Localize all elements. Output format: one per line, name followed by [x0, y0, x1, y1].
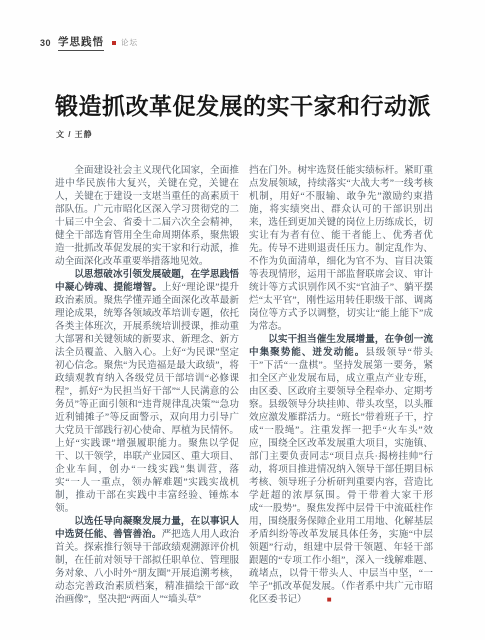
- paragraph-text: 挡在门外。树牢选贤任能实绩标杆。紧盯重点发展领域，持续落实“大战大考”一线考核机…: [249, 165, 433, 332]
- article-body: 全面建设社会主义现代化国家，全面推进中华民族伟大复兴，关键在党，关键在人，关键在…: [55, 164, 433, 606]
- article-byline: 文 / 王静: [56, 129, 93, 140]
- paragraph: 以思想破冰引领发展破题，在学思践悟中凝心铸魂、提能增智。上好“理论课”提升政治素…: [55, 268, 239, 515]
- subsection-title: 论坛: [121, 37, 138, 48]
- left-column: 全面建设社会主义现代化国家，全面推进中华民族伟大复兴，关键在党，关键在人，关键在…: [55, 164, 239, 606]
- magazine-page: 30 学思践悟 论坛 锻造抓改革促发展的实干家和行动派 文 / 王静 全面建设社…: [0, 0, 485, 640]
- running-head: 30 学思践悟 论坛: [40, 34, 138, 51]
- paragraph: 以实干担当催生发展增量，在争创一流中集聚势能、迸发动能。县级领导“带头干”下活“…: [249, 333, 433, 606]
- paragraph-text: 严把选人用人政治首关。探索推行领导干部政绩观溯源评价机制，在任前对领导干部拟任职…: [55, 529, 239, 605]
- paragraph-text: 县级领导“带头干”下活“一盘棋”。坚持发展第一要务，紧扣全区产业发展布局，成立重…: [249, 347, 433, 605]
- paragraph: 以选任导向凝聚发展力量，在以事识人中选贤任能、善管善治。严把选人用人政治首关。探…: [55, 515, 239, 606]
- right-column: 挡在门外。树牢选贤任能实绩标杆。紧盯重点发展领域，持续落实“大战大考”一线考核机…: [249, 164, 433, 606]
- section-title: 学思践悟: [58, 34, 104, 51]
- article-end-mark-icon: ■: [308, 596, 332, 604]
- article-title: 锻造抓改革促发展的实干家和行动派: [55, 93, 455, 121]
- page-number: 30: [40, 38, 51, 48]
- paragraph: 全面建设社会主义现代化国家，全面推进中华民族伟大复兴，关键在党，关键在人，关键在…: [55, 164, 239, 268]
- paragraph-text: 全面建设社会主义现代化国家，全面推进中华民族伟大复兴，关键在党，关键在人，关键在…: [55, 165, 239, 267]
- red-square-separator-icon: [112, 41, 116, 45]
- paragraph-continuation: 挡在门外。树牢选贤任能实绩标杆。紧盯重点发展领域，持续落实“大战大考”一线考核机…: [249, 164, 433, 333]
- paragraph-text: 上好“理论课”提升政治素质。聚焦学懂弄通全面深化改革最新理论成果，统筹各领域改革…: [55, 282, 239, 514]
